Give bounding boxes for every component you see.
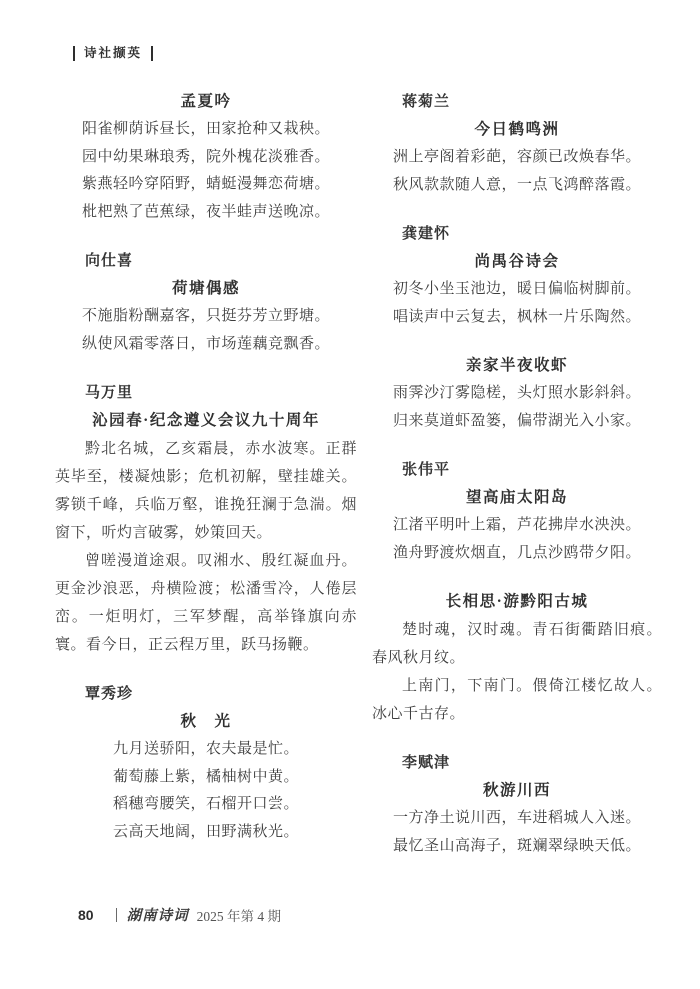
- poem-author: 龚建怀: [372, 220, 662, 248]
- poem-title: 亲家半夜收虾: [372, 352, 662, 380]
- poem-line: 园中幼果琳琅秀，院外槐花淡雅香。: [55, 144, 357, 172]
- poem-title: 秋游川西: [372, 777, 662, 805]
- poem-paragraph: 上南门，下南门。偎倚江楼忆故人。冰心千古存。: [372, 672, 662, 728]
- poem-block: 李赋津秋游川西一方净土说川西，车进稻城人入迷。最忆圣山高海子，斑斓翠绿映天低。: [372, 749, 662, 860]
- poem-block: 向仕喜荷塘偶感不施脂粉酬嘉客，只挺芬芳立野塘。纵使风霜零落日，市场莲藕竞飘香。: [55, 247, 357, 358]
- poem-block: 张伟平望高庙太阳岛江渚平明叶上霜，芦花拂岸水泱泱。渔舟野渡炊烟直，几点沙鸥带夕阳…: [372, 456, 662, 567]
- magazine-page: 诗社撷英 孟夏吟阳雀柳荫诉昼长，田家抢种又栽秧。园中幼果琳琅秀，院外槐花淡雅香。…: [0, 0, 700, 989]
- poem-line: 不施脂粉酬嘉客，只挺芬芳立野塘。: [55, 303, 357, 331]
- poem-line: 一方净土说川西，车进稻城人入迷。: [372, 805, 662, 833]
- poem-line: 纵使风霜零落日，市场莲藕竞飘香。: [55, 331, 357, 359]
- poem-block: 蒋菊兰今日鹤鸣洲洲上亭阁着彩葩，容颜已改焕春华。秋风款款随人意，一点飞鸿醉落霞。: [372, 88, 662, 199]
- poem-title: 尚禺谷诗会: [372, 248, 662, 276]
- poem-author: 蒋菊兰: [372, 88, 662, 116]
- poem-line: 雨霁沙汀雾隐槎，头灯照水影斜斜。: [372, 380, 662, 408]
- poem-author: 覃秀珍: [55, 680, 357, 708]
- poem-author: 马万里: [55, 379, 357, 407]
- poem-line: 稻穗弯腰笑，石榴开口尝。: [55, 791, 357, 819]
- poem-line: 阳雀柳荫诉昼长，田家抢种又栽秧。: [55, 116, 357, 144]
- poem-title: 今日鹤鸣洲: [372, 116, 662, 144]
- poem-line: 紫燕轻吟穿陌野，蜻蜓漫舞恋荷塘。: [55, 171, 357, 199]
- poem-line: 云高天地阔，田野满秋光。: [55, 819, 357, 847]
- poem-paragraph: 曾嗟漫道途艰。叹湘水、殷红凝血丹。更金沙浪恶，舟横险渡；松潘雪冷，人倦层峦。一炬…: [55, 547, 357, 659]
- poem-line: 江渚平明叶上霜，芦花拂岸水泱泱。: [372, 512, 662, 540]
- poem-line: 初冬小坐玉池边，暖日偏临树脚前。: [372, 276, 662, 304]
- poem-line: 葡萄藤上紫，橘柚树中黄。: [55, 764, 357, 792]
- poem-title: 秋 光: [55, 708, 357, 736]
- poem-line: 最忆圣山高海子，斑斓翠绿映天低。: [372, 833, 662, 861]
- poem-block: 长相思·游黔阳古城楚时魂，汉时魂。青石街衢踏旧痕。春风秋月纹。上南门，下南门。偎…: [372, 588, 662, 728]
- poem-line: 九月送骄阳，农夫最是忙。: [55, 736, 357, 764]
- page-footer: 80 湖南诗词 2025 年第 4 期: [78, 904, 281, 925]
- poem-title: 沁园春·纪念遵义会议九十周年: [55, 407, 357, 435]
- poem-line: 枇杷熟了芭蕉绿，夜半蛙声送晚凉。: [55, 199, 357, 227]
- footer-divider: [116, 908, 117, 922]
- poem-block: 马万里沁园春·纪念遵义会议九十周年黔北名城，乙亥霜晨，赤水波寒。正群英毕至，楼凝…: [55, 379, 357, 659]
- page-number: 80: [78, 907, 94, 923]
- journal-name: 湖南诗词: [127, 904, 189, 925]
- section-header: 诗社撷英: [73, 46, 662, 61]
- poem-line: 归来莫道虾盈篓，偏带湖光入小家。: [372, 408, 662, 436]
- poem-title: 望高庙太阳岛: [372, 484, 662, 512]
- poem-line: 唱读声中云复去，枫林一片乐陶然。: [372, 304, 662, 332]
- poem-line: 洲上亭阁着彩葩，容颜已改焕春华。: [372, 144, 662, 172]
- poem-block: 覃秀珍秋 光九月送骄阳，农夫最是忙。葡萄藤上紫，橘柚树中黄。稻穗弯腰笑，石榴开口…: [55, 680, 357, 846]
- poem-author: 向仕喜: [55, 247, 357, 275]
- left-column: 孟夏吟阳雀柳荫诉昼长，田家抢种又栽秧。园中幼果琳琅秀，院外槐花淡雅香。紫燕轻吟穿…: [55, 88, 357, 860]
- poem-block: 龚建怀尚禺谷诗会初冬小坐玉池边，暖日偏临树脚前。唱读声中云复去，枫林一片乐陶然。: [372, 220, 662, 331]
- poem-title: 荷塘偶感: [55, 275, 357, 303]
- poem-title: 孟夏吟: [55, 88, 357, 116]
- poem-paragraph: 楚时魂，汉时魂。青石街衢踏旧痕。春风秋月纹。: [372, 616, 662, 672]
- poem-line: 秋风款款随人意，一点飞鸿醉落霞。: [372, 172, 662, 200]
- poem-author: 李赋津: [372, 749, 662, 777]
- poem-line: 渔舟野渡炊烟直，几点沙鸥带夕阳。: [372, 540, 662, 568]
- issue-label: 2025 年第 4 期: [197, 905, 281, 925]
- poem-paragraph: 黔北名城，乙亥霜晨，赤水波寒。正群英毕至，楼凝烛影；危机初解，壁挂雄关。雾锁千峰…: [55, 435, 357, 547]
- poem-author: 张伟平: [372, 456, 662, 484]
- poem-block: 亲家半夜收虾雨霁沙汀雾隐槎，头灯照水影斜斜。归来莫道虾盈篓，偏带湖光入小家。: [372, 352, 662, 435]
- section-label: 诗社撷英: [73, 46, 153, 61]
- poem-block: 孟夏吟阳雀柳荫诉昼长，田家抢种又栽秧。园中幼果琳琅秀，院外槐花淡雅香。紫燕轻吟穿…: [55, 88, 357, 226]
- content-columns: 孟夏吟阳雀柳荫诉昼长，田家抢种又栽秧。园中幼果琳琅秀，院外槐花淡雅香。紫燕轻吟穿…: [55, 88, 662, 860]
- poem-title: 长相思·游黔阳古城: [372, 588, 662, 616]
- right-column: 蒋菊兰今日鹤鸣洲洲上亭阁着彩葩，容颜已改焕春华。秋风款款随人意，一点飞鸿醉落霞。…: [372, 88, 662, 860]
